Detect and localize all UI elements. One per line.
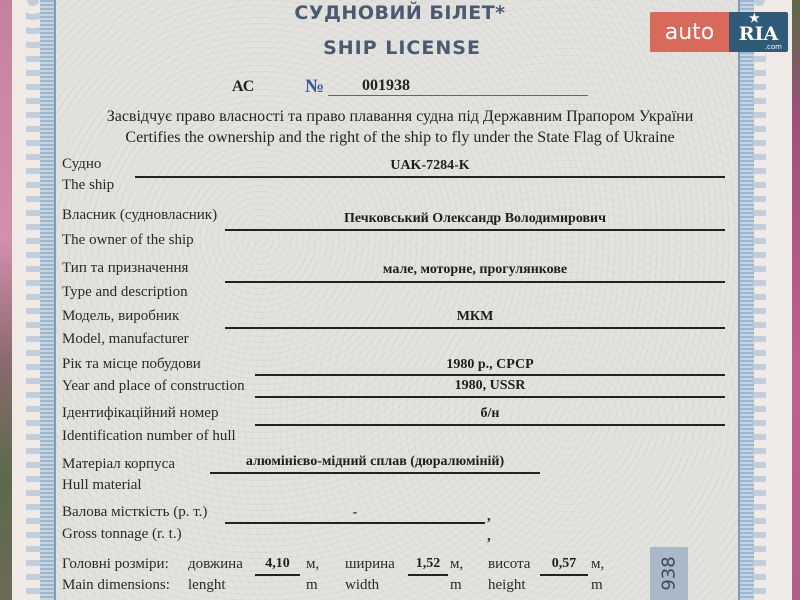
model-rule: [225, 327, 725, 329]
type-label-en: Type and description: [62, 284, 188, 301]
decorative-border-left: [26, 0, 40, 600]
series-code: АС: [232, 78, 254, 96]
model-value: МКМ: [225, 309, 725, 325]
dimensions-label-en: Main dimensions:: [62, 577, 170, 594]
logo-ria-text: RIA: [739, 23, 778, 45]
hull-id-label-en: Identification number of hull: [62, 428, 236, 445]
hull-material-value: алюмінієво-мідний сплав (дюралюміній): [210, 454, 540, 470]
border-stripe-left: [40, 0, 56, 600]
ship-label-en: The ship: [62, 177, 114, 194]
logo-ria-part: ★ RIA .com: [729, 12, 788, 52]
tonnage-rule: [225, 522, 485, 524]
certifies-text-en: Certifies the ownership and the right of…: [0, 129, 800, 147]
certifies-text-ua: Засвідчує право власності та право плава…: [0, 108, 800, 126]
owner-label-en: The owner of the ship: [62, 232, 194, 249]
year-value-ua: 1980 р., СРСР: [255, 357, 725, 373]
length-value: 4,10: [255, 556, 300, 572]
dimensions-label-ua: Головні розміри:: [62, 556, 169, 573]
type-label-ua: Тип та призначення: [62, 260, 188, 277]
owner-value: Печковський Олександр Володимирович: [225, 211, 725, 227]
model-label-en: Model, manufacturer: [62, 331, 189, 348]
decorative-border-right: [752, 0, 766, 600]
side-number: 938: [658, 556, 679, 590]
length-unit-ua: м,: [306, 556, 319, 573]
hull-material-label-en: Hull material: [62, 477, 142, 494]
hull-id-label-ua: Ідентифікаційний номер: [62, 405, 218, 422]
height-label-ua: висота: [488, 556, 530, 573]
height-unit-en: m: [591, 577, 603, 594]
tonnage-sep-2: ,: [487, 528, 491, 545]
number-sign: №: [305, 76, 324, 98]
length-label-en: lenght: [188, 577, 226, 594]
number-underline: [328, 95, 588, 96]
length-unit-en: m: [306, 577, 318, 594]
model-label-ua: Модель, виробник: [62, 308, 179, 325]
owner-rule: [225, 229, 725, 231]
width-unit-ua: м,: [450, 556, 463, 573]
ship-rule: [135, 176, 725, 178]
year-label-ua: Рік та місце побудови: [62, 356, 201, 373]
star-icon: ★: [749, 12, 760, 25]
year-rule-en: [255, 396, 725, 398]
height-label-en: height: [488, 577, 526, 594]
width-label-ua: ширина: [345, 556, 395, 573]
width-unit-en: m: [450, 577, 462, 594]
height-unit-ua: м,: [591, 556, 604, 573]
length-label-ua: довжина: [188, 556, 243, 573]
ship-label-ua: Судно: [62, 156, 101, 173]
side-number-stamp: 938: [650, 547, 688, 600]
year-value-en: 1980, USSR: [255, 378, 725, 394]
height-rule: [540, 574, 588, 576]
tonnage-value: -: [225, 505, 485, 521]
hull-material-rule: [210, 472, 540, 474]
logo-auto-part: auto: [650, 12, 729, 52]
year-label-en: Year and place of construction: [62, 378, 245, 395]
height-value: 0,57: [540, 556, 588, 572]
owner-label-ua: Власник (судновласник): [62, 207, 217, 224]
width-label-en: width: [345, 577, 379, 594]
ship-value: UAK-7284-K: [135, 158, 725, 174]
document-number: 001938: [362, 77, 410, 95]
hull-id-rule: [255, 424, 725, 426]
tonnage-sep-1: ,: [487, 508, 491, 525]
length-rule: [255, 574, 300, 576]
tonnage-label-en: Gross tonnage (r. t.): [62, 526, 182, 543]
hull-id-value: б/н: [255, 406, 725, 422]
width-value: 1,52: [408, 556, 448, 572]
type-rule: [225, 281, 725, 283]
autoria-watermark-logo: auto ★ RIA .com: [650, 12, 788, 52]
year-rule-ua: [255, 374, 725, 376]
tonnage-label-ua: Валова місткість (р. т.): [62, 504, 207, 521]
width-rule: [408, 574, 448, 576]
logo-domain: .com: [765, 43, 782, 51]
type-value: мале, моторне, прогулянкове: [225, 262, 725, 278]
hull-material-label-ua: Матеріал корпуса: [62, 456, 175, 473]
